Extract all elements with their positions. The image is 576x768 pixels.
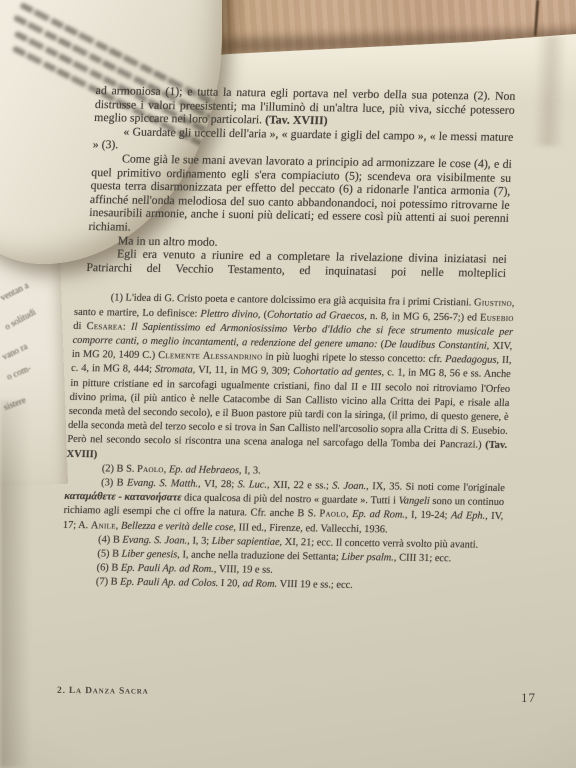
body-paragraph: Come già le sue mani avevan lavorato a p… bbox=[88, 152, 512, 239]
edge-text-fragment: o solitudi bbox=[3, 307, 37, 332]
signature-line: 2. La Danza Sacra bbox=[57, 686, 149, 697]
body-paragraph: ad armoniosa (1); e tutta la natura egli… bbox=[94, 84, 516, 131]
edge-text-fragment: sistere bbox=[2, 395, 27, 413]
book-page-photo: ventan a o solitudi vano ra o com- siste… bbox=[0, 0, 576, 768]
edge-text-fragment: vano ra bbox=[1, 341, 29, 362]
footnote: (1) L'idea di G. Cristo poeta e cantore … bbox=[66, 291, 515, 468]
footnotes: (1) L'idea di G. Cristo poeta e cantore … bbox=[60, 291, 515, 595]
edge-text-fragment: o com- bbox=[5, 363, 32, 382]
edge-text-fragment: ventan a bbox=[0, 280, 30, 303]
page-number: 17 bbox=[521, 690, 536, 706]
footnote: (3) B Evang. S. Matth., VI, 28; S. Luc.,… bbox=[63, 476, 506, 539]
page-text: ad armoniosa (1); e tutta la natura egli… bbox=[70, 84, 516, 595]
body-paragraph: Egli era venuto a riunire ed a completar… bbox=[86, 247, 507, 280]
page-corner-crease bbox=[532, 35, 568, 146]
body-text: ad armoniosa (1); e tutta la natura egli… bbox=[86, 84, 516, 280]
